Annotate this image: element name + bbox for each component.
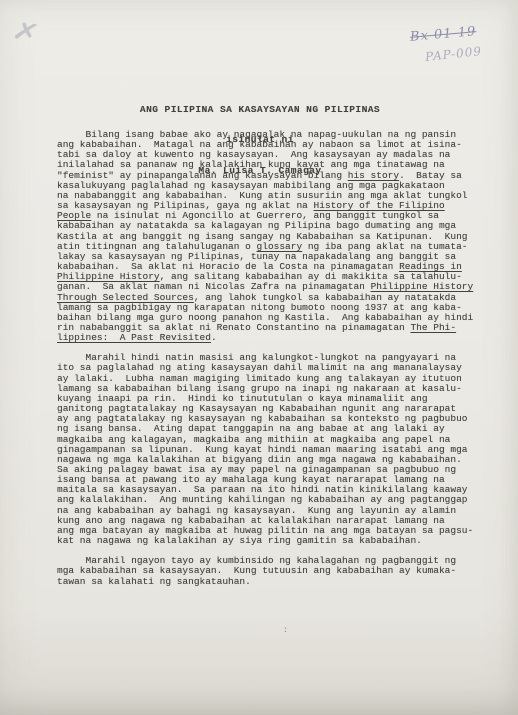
document-title: ANG PILIPINA SA KASAYSAYAN NG PILIPINAS (57, 105, 463, 115)
text-line: lippines: A Past Revisited. (57, 333, 487, 343)
scanned-document-page: ✗ Bx 01-19 PAP-009 ANG PILIPINA SA KASAY… (0, 0, 518, 715)
text-segment: kat na nagawa ng kalalakihan ay siya rin… (57, 535, 422, 546)
paragraph: Bilang isang babae ako ay nagagalak na n… (57, 130, 487, 343)
underlined-text: lippines: A Past Revisited (57, 332, 211, 343)
text-segment: . (211, 332, 217, 343)
underlined-text: The Phi- (410, 322, 456, 333)
handwritten-box-number: Bx 01-19 (409, 24, 477, 45)
document-body: Bilang isang babae ako ay nagagalak na n… (57, 130, 487, 597)
handwritten-x-mark: ✗ (10, 16, 43, 48)
footer-mark: : (283, 626, 288, 635)
paragraph: Marahil ngayon tayo ay kumbinsido ng kah… (57, 556, 487, 586)
paragraph: Marahil hindi natin masisi ang kalungkot… (57, 353, 487, 546)
handwritten-file-number: PAP-009 (424, 44, 482, 64)
text-line: tawan sa kalahati ng sangkatauhan. (57, 577, 487, 587)
text-line: kat na nagawa ng kalalakihan ay siya rin… (57, 536, 487, 546)
text-segment: tawan sa kalahati ng sangkatauhan. (57, 576, 251, 587)
